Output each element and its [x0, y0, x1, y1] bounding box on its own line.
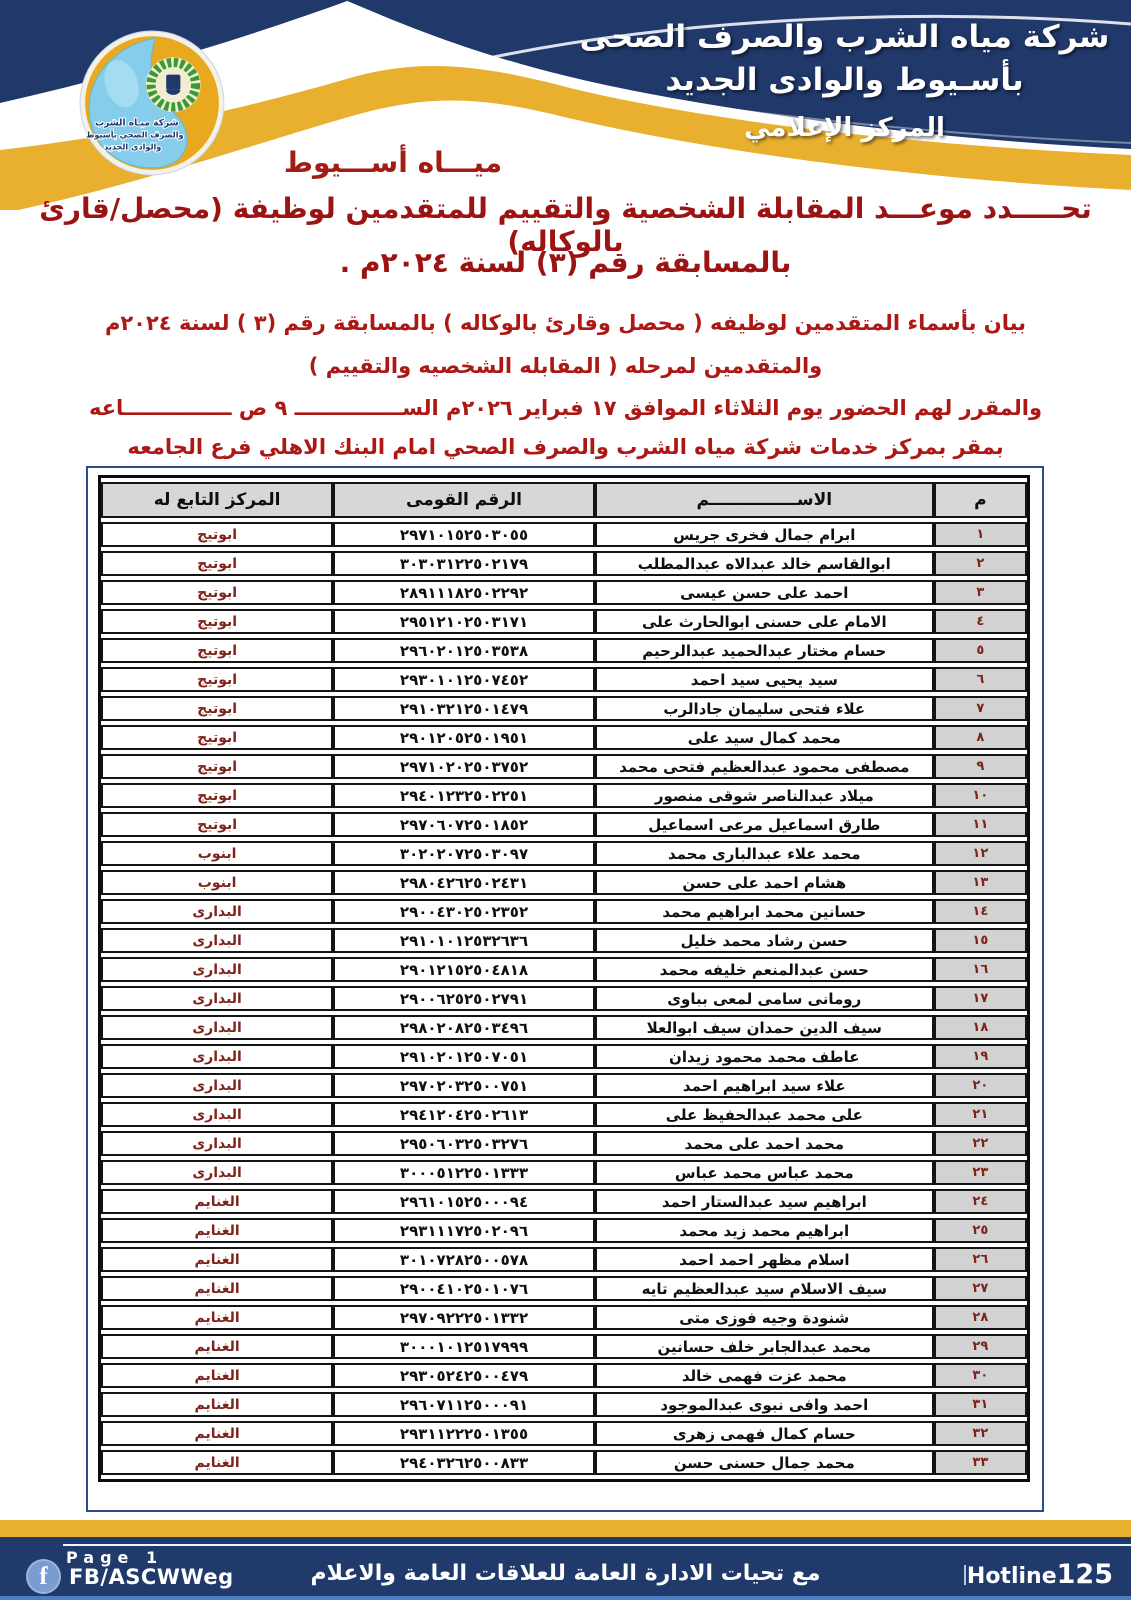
- company-name-line1: شركة مياه الشرب والصرف الصحى: [572, 18, 1117, 57]
- row-number-cell: ١٠: [934, 783, 1027, 808]
- center-cell: الغنايم: [101, 1247, 333, 1272]
- applicant-name-cell: عاطف محمد محمود زيدان: [595, 1044, 934, 1069]
- center-cell: الغنايم: [101, 1276, 333, 1301]
- applicant-name-cell: محمد عزت فهمى خالد: [595, 1363, 934, 1388]
- header-cell-num: م: [934, 482, 1027, 518]
- table-row: ٢ ابوالقاسم خالد عبدالاه عبدالمطلب ٣٠٣٠٣…: [101, 551, 1027, 576]
- media-center-label: المركز الإعلامي: [572, 113, 1117, 143]
- eagle-emblem-icon: [166, 75, 180, 90]
- applicant-name-cell: ميلاد عبدالناصر شوقى منصور: [595, 783, 934, 808]
- row-number-cell: ٢٢: [934, 1131, 1027, 1156]
- row-number-cell: ٢٥: [934, 1218, 1027, 1243]
- center-cell: البدارى: [101, 1073, 333, 1098]
- row-number-cell: ١٣: [934, 870, 1027, 895]
- announcement-body-line1: بيان بأسماء المتقدمين لوظيفه ( محصل وقار…: [0, 311, 1131, 335]
- row-number-cell: ١٤: [934, 899, 1027, 924]
- header-cell-national-id: الرقم القومى: [333, 482, 595, 518]
- row-number-cell: ١٧: [934, 986, 1027, 1011]
- applicant-name-cell: حسن عبدالمنعم خليفه محمد: [595, 957, 934, 982]
- center-cell: ابوتيج: [101, 638, 333, 663]
- row-number-cell: ١٦: [934, 957, 1027, 982]
- applicant-name-cell: احمد وافى نبوى عبدالموجود: [595, 1392, 934, 1417]
- row-number-cell: ١٨: [934, 1015, 1027, 1040]
- center-cell: ابنوب: [101, 870, 333, 895]
- row-number-cell: ١٢: [934, 841, 1027, 866]
- center-cell: البدارى: [101, 899, 333, 924]
- applicant-name-cell: على محمد عبدالحفيظ على: [595, 1102, 934, 1127]
- table-row: ٢٣ محمد عباس محمد عباس ٣٠٠٠٥١٢٢٥٠١٣٣٣ ال…: [101, 1160, 1027, 1185]
- table-row: ٦ سيد يحيى سيد احمد ٢٩٣٠١٠١٢٥٠٧٤٥٢ ابوتي…: [101, 667, 1027, 692]
- logo-text-line3: والوادى الجديد: [104, 142, 161, 152]
- table-row: ٤ الامام على حسنى ابوالحارث على ٢٩٥١٢١٠٢…: [101, 609, 1027, 634]
- applicant-name-cell: مصطفى محمود عبدالعظيم فتحى محمد: [595, 754, 934, 779]
- national-id-cell: ٢٩٠٠٦٢٥٢٥٠٢٧٩١: [333, 986, 595, 1011]
- table-row: ٧ علاء فتحى سليمان جادالرب ٢٩١٠٣٢١٢٥٠١٤٧…: [101, 696, 1027, 721]
- row-number-cell: ٣٢: [934, 1421, 1027, 1446]
- logo-text-line1: شركة ميـاه الشرب: [95, 118, 179, 128]
- applicant-name-cell: محمد علاء عبدالبارى محمد: [595, 841, 934, 866]
- table-row: ١٢ محمد علاء عبدالبارى محمد ٣٠٢٠٢٠٧٢٥٠٣٠…: [101, 841, 1027, 866]
- national-id-cell: ٢٩٧١٠٢٠٢٥٠٣٧٥٢: [333, 754, 595, 779]
- hotline-badge: Hotline 125: [952, 1559, 1113, 1590]
- table-row: ٢٥ ابراهيم محمد زيد محمد ٢٩٣١١١٧٢٥٠٢٠٩٦ …: [101, 1218, 1027, 1243]
- table-row: ٣٠ محمد عزت فهمى خالد ٢٩٣٠٥٢٤٢٥٠٠٤٧٩ الغ…: [101, 1363, 1027, 1388]
- table-row: ٢٨ شنودة وجيه فوزى متى ٢٩٧٠٩٢٢٢٥٠١٣٣٢ ال…: [101, 1305, 1027, 1330]
- center-cell: البدارى: [101, 1044, 333, 1069]
- applicants-table: م الاســـــــــــــــم الرقم القومى المر…: [98, 475, 1030, 1482]
- row-number-cell: ٣: [934, 580, 1027, 605]
- national-id-cell: ٣٠٠٠٥١٢٢٥٠١٣٣٣: [333, 1160, 595, 1185]
- table-row: ٢٩ محمد عبدالجابر خلف حسانين ٣٠٠٠١٠١٢٥١٧…: [101, 1334, 1027, 1359]
- footer-divider-line: [63, 1544, 1131, 1546]
- document-page: شركة ميـاه الشرب والصرف الصحي بأسيوط وال…: [0, 0, 1131, 1600]
- center-cell: البدارى: [101, 1102, 333, 1127]
- center-cell: ابوتيج: [101, 725, 333, 750]
- table-header-row: م الاســـــــــــــــم الرقم القومى المر…: [101, 482, 1027, 518]
- row-number-cell: ٦: [934, 667, 1027, 692]
- applicant-name-cell: حسام مختار عبدالحميد عبدالرحيم: [595, 638, 934, 663]
- row-number-cell: ١٩: [934, 1044, 1027, 1069]
- national-id-cell: ٢٩٧٠٦٠٧٢٥٠١٨٥٢: [333, 812, 595, 837]
- national-id-cell: ٢٩٤٠١٢٣٢٥٠٢٢٥١: [333, 783, 595, 808]
- center-cell: ابوتيج: [101, 783, 333, 808]
- center-cell: ابوتيج: [101, 812, 333, 837]
- national-id-cell: ٢٩٥١٢١٠٢٥٠٣١٧١: [333, 609, 595, 634]
- national-id-cell: ٣٠٠٠١٠١٢٥١٧٩٩٩: [333, 1334, 595, 1359]
- hotline-number: 125: [1057, 1559, 1113, 1590]
- applicant-name-cell: محمد عباس محمد عباس: [595, 1160, 934, 1185]
- applicant-name-cell: محمد كمال سيد على: [595, 725, 934, 750]
- applicant-name-cell: محمد عبدالجابر خلف حسانين: [595, 1334, 934, 1359]
- row-number-cell: ٣١: [934, 1392, 1027, 1417]
- applicant-name-cell: شنودة وجيه فوزى متى: [595, 1305, 934, 1330]
- table-row: ١ ابرام جمال فخرى جريس ٢٩٧١٠١٥٢٥٠٣٠٥٥ اب…: [101, 522, 1027, 547]
- center-cell: البدارى: [101, 928, 333, 953]
- national-id-cell: ٢٩٦٠٢٠١٢٥٠٣٥٣٨: [333, 638, 595, 663]
- row-number-cell: ٢: [934, 551, 1027, 576]
- national-id-cell: ٢٩٣٠٥٢٤٢٥٠٠٤٧٩: [333, 1363, 595, 1388]
- center-cell: الغنايم: [101, 1189, 333, 1214]
- table-row: ١٦ حسن عبدالمنعم خليفه محمد ٢٩٠١٢١٥٢٥٠٤٨…: [101, 957, 1027, 982]
- applicant-name-cell: سيف الاسلام سيد عبدالعظيم تايه: [595, 1276, 934, 1301]
- header-banner: شركة ميـاه الشرب والصرف الصحي بأسيوط وال…: [0, 0, 1131, 210]
- center-cell: البدارى: [101, 986, 333, 1011]
- row-number-cell: ٢٨: [934, 1305, 1027, 1330]
- table-header: م الاســـــــــــــــم الرقم القومى المر…: [101, 482, 1027, 518]
- national-id-cell: ٢٩٣١١٢٢٢٥٠١٣٥٥: [333, 1421, 595, 1446]
- announcement-body-line4: بمقر بمركز خدمات شركة مياه الشرب والصرف …: [0, 435, 1131, 459]
- row-number-cell: ٢٧: [934, 1276, 1027, 1301]
- table-row: ٣٢ حسام كمال فهمى زهرى ٢٩٣١١٢٢٢٥٠١٣٥٥ ال…: [101, 1421, 1027, 1446]
- table-row: ٢٠ علاء سيد ابراهيم احمد ٢٩٧٠٢٠٣٢٥٠٠٧٥١ …: [101, 1073, 1027, 1098]
- applicant-name-cell: احمد على حسن عيسى: [595, 580, 934, 605]
- center-cell: ابنوب: [101, 841, 333, 866]
- table-row: ٣ احمد على حسن عيسى ٢٨٩١١١٨٢٥٠٢٢٩٢ ابوتي…: [101, 580, 1027, 605]
- row-number-cell: ٢٦: [934, 1247, 1027, 1272]
- row-number-cell: ١١: [934, 812, 1027, 837]
- center-cell: الغنايم: [101, 1363, 333, 1388]
- center-cell: ابوتيج: [101, 696, 333, 721]
- applicant-name-cell: حسانين محمد ابراهيم محمد: [595, 899, 934, 924]
- applicant-name-cell: حسن رشاد محمد خليل: [595, 928, 934, 953]
- row-number-cell: ٥: [934, 638, 1027, 663]
- national-id-cell: ٢٩١٠٣٢١٢٥٠١٤٧٩: [333, 696, 595, 721]
- national-id-cell: ٣٠٣٠٣١٢٢٥٠٢١٧٩: [333, 551, 595, 576]
- row-number-cell: ٤: [934, 609, 1027, 634]
- row-number-cell: ١٥: [934, 928, 1027, 953]
- applicant-name-cell: علاء فتحى سليمان جادالرب: [595, 696, 934, 721]
- applicant-name-cell: سيد يحيى سيد احمد: [595, 667, 934, 692]
- center-cell: الغنايم: [101, 1305, 333, 1330]
- center-cell: الغنايم: [101, 1218, 333, 1243]
- table-frame: م الاســـــــــــــــم الرقم القومى المر…: [86, 466, 1044, 1512]
- center-cell: ابوتيج: [101, 522, 333, 547]
- center-cell: ابوتيج: [101, 551, 333, 576]
- national-id-cell: ٢٩٠٠٤١٠٢٥٠١٠٧٦: [333, 1276, 595, 1301]
- table-row: ٩ مصطفى محمود عبدالعظيم فتحى محمد ٢٩٧١٠٢…: [101, 754, 1027, 779]
- national-id-cell: ٢٩٧١٠١٥٢٥٠٣٠٥٥: [333, 522, 595, 547]
- center-cell: ابوتيج: [101, 667, 333, 692]
- national-id-cell: ٢٩٨٠٤٢٦٢٥٠٢٤٣١: [333, 870, 595, 895]
- national-id-cell: ٢٩٠٠٤٣٠٢٥٠٢٣٥٢: [333, 899, 595, 924]
- table-row: ١٨ سيف الدين حمدان سيف ابوالعلا ٢٩٨٠٢٠٨٢…: [101, 1015, 1027, 1040]
- header-cell-name: الاســـــــــــــــم: [595, 482, 934, 518]
- applicant-name-cell: رومانى سامى لمعى بباوى: [595, 986, 934, 1011]
- company-logo: شركة ميـاه الشرب والصرف الصحي بأسيوط وال…: [76, 26, 228, 178]
- row-number-cell: ٨: [934, 725, 1027, 750]
- center-cell: البدارى: [101, 1015, 333, 1040]
- footer-gold-stripe: [0, 1520, 1131, 1537]
- row-number-cell: ٢٣: [934, 1160, 1027, 1185]
- table-row: ٢٤ ابراهيم سيد عبدالستار احمد ٢٩٦١٠١٥٢٥٠…: [101, 1189, 1027, 1214]
- table-row: ٣٣ محمد جمال حسنى حسن ٢٩٤٠٣٢٦٢٥٠٠٨٣٣ الغ…: [101, 1450, 1027, 1475]
- applicant-name-cell: سيف الدين حمدان سيف ابوالعلا: [595, 1015, 934, 1040]
- applicant-name-cell: الامام على حسنى ابوالحارث على: [595, 609, 934, 634]
- table-row: ١١ طارق اسماعيل مرعى اسماعيل ٢٩٧٠٦٠٧٢٥٠١…: [101, 812, 1027, 837]
- header-cell-center: المركز التابع له: [101, 482, 333, 518]
- center-cell: ابوتيج: [101, 580, 333, 605]
- national-id-cell: ٢٩٧٠٢٠٣٢٥٠٠٧٥١: [333, 1073, 595, 1098]
- center-cell: ابوتيج: [101, 754, 333, 779]
- table-row: ٨ محمد كمال سيد على ٢٩٠١٢٠٥٢٥٠١٩٥١ ابوتي…: [101, 725, 1027, 750]
- center-cell: الغنايم: [101, 1421, 333, 1446]
- company-name-line2: بأسـيوط والوادى الجديد: [572, 61, 1117, 100]
- table-row: ١٩ عاطف محمد محمود زيدان ٢٩١٠٢٠١٢٥٠٧٠٥١ …: [101, 1044, 1027, 1069]
- center-cell: البدارى: [101, 1131, 333, 1156]
- applicant-name-cell: حسام كمال فهمى زهرى: [595, 1421, 934, 1446]
- national-id-cell: ٢٩٠١٢١٥٢٥٠٤٨١٨: [333, 957, 595, 982]
- announcement-title-line2: بالمسابقة رقم (٣) لسنة ٢٠٢٤م .: [0, 246, 1131, 279]
- table-row: ١٥ حسن رشاد محمد خليل ٢٩١٠١٠١٢٥٣٢٦٣٦ الب…: [101, 928, 1027, 953]
- center-cell: ابوتيج: [101, 609, 333, 634]
- table-row: ١٠ ميلاد عبدالناصر شوقى منصور ٢٩٤٠١٢٣٢٥٠…: [101, 783, 1027, 808]
- row-number-cell: ٢٤: [934, 1189, 1027, 1214]
- national-id-cell: ٢٩٣٠١٠١٢٥٠٧٤٥٢: [333, 667, 595, 692]
- table-row: ٥ حسام مختار عبدالحميد عبدالرحيم ٢٩٦٠٢٠١…: [101, 638, 1027, 663]
- national-id-cell: ٢٩٠١٢٠٥٢٥٠١٩٥١: [333, 725, 595, 750]
- footer-bar: Page 1 f FB/ASCWWeg مع تحيات الادارة الع…: [0, 1537, 1131, 1596]
- applicant-name-cell: هشام احمد على حسن: [595, 870, 934, 895]
- center-cell: البدارى: [101, 1160, 333, 1185]
- applicant-name-cell: ابراهيم سيد عبدالستار احمد: [595, 1189, 934, 1214]
- table-row: ٢٦ اسلام مظهر احمد احمد ٣٠١٠٧٢٨٢٥٠٠٥٧٨ ا…: [101, 1247, 1027, 1272]
- brand-label: ميـــاه أســـيوط: [238, 146, 548, 179]
- row-number-cell: ٢١: [934, 1102, 1027, 1127]
- applicant-name-cell: اسلام مظهر احمد احمد: [595, 1247, 934, 1272]
- national-id-cell: ٢٩٦١٠١٥٢٥٠٠٠٩٤: [333, 1189, 595, 1214]
- table-row: ١٧ رومانى سامى لمعى بباوى ٢٩٠٠٦٢٥٢٥٠٢٧٩١…: [101, 986, 1027, 1011]
- applicant-name-cell: طارق اسماعيل مرعى اسماعيل: [595, 812, 934, 837]
- national-id-cell: ٢٩٤١٢٠٤٢٥٠٢٦١٣: [333, 1102, 595, 1127]
- row-number-cell: ٢٠: [934, 1073, 1027, 1098]
- table-row: ١٤ حسانين محمد ابراهيم محمد ٢٩٠٠٤٣٠٢٥٠٢٣…: [101, 899, 1027, 924]
- row-number-cell: ٢٩: [934, 1334, 1027, 1359]
- national-id-cell: ٢٩٤٠٣٢٦٢٥٠٠٨٣٣: [333, 1450, 595, 1475]
- table-row: ٣١ احمد وافى نبوى عبدالموجود ٢٩٦٠٧١١٢٥٠٠…: [101, 1392, 1027, 1417]
- table-row: ٢٢ محمد احمد على محمد ٢٩٥٠٦٠٣٢٥٠٣٢٧٦ الب…: [101, 1131, 1027, 1156]
- national-id-cell: ٢٩٨٠٢٠٨٢٥٠٣٤٩٦: [333, 1015, 595, 1040]
- applicant-name-cell: محمد جمال حسنى حسن: [595, 1450, 934, 1475]
- center-cell: الغنايم: [101, 1334, 333, 1359]
- applicant-name-cell: ابوالقاسم خالد عبدالاه عبدالمطلب: [595, 551, 934, 576]
- applicant-name-cell: ابرام جمال فخرى جريس: [595, 522, 934, 547]
- center-cell: البدارى: [101, 957, 333, 982]
- center-cell: الغنايم: [101, 1392, 333, 1417]
- announcement-body-line3: والمقرر لهم الحضور يوم الثلاثاء الموافق …: [0, 396, 1131, 420]
- row-number-cell: ٣٣: [934, 1450, 1027, 1475]
- table-row: ٢١ على محمد عبدالحفيظ على ٢٩٤١٢٠٤٢٥٠٢٦١٣…: [101, 1102, 1027, 1127]
- applicant-name-cell: محمد احمد على محمد: [595, 1131, 934, 1156]
- hotline-label: Hotline: [967, 1564, 1057, 1589]
- national-id-cell: ٢٩٥٠٦٠٣٢٥٠٣٢٧٦: [333, 1131, 595, 1156]
- national-id-cell: ٢٩١٠١٠١٢٥٣٢٦٣٦: [333, 928, 595, 953]
- row-number-cell: ٩: [934, 754, 1027, 779]
- national-id-cell: ٢٩٣١١١٧٢٥٠٢٠٩٦: [333, 1218, 595, 1243]
- national-id-cell: ٢٩٦٠٧١١٢٥٠٠٠٩١: [333, 1392, 595, 1417]
- table-row: ١٣ هشام احمد على حسن ٢٩٨٠٤٢٦٢٥٠٢٤٣١ ابنو…: [101, 870, 1027, 895]
- hotline-separator: [964, 1565, 966, 1585]
- row-number-cell: ١: [934, 522, 1027, 547]
- national-id-cell: ٣٠١٠٧٢٨٢٥٠٠٥٧٨: [333, 1247, 595, 1272]
- applicant-name-cell: علاء سيد ابراهيم احمد: [595, 1073, 934, 1098]
- table-body: ١ ابرام جمال فخرى جريس ٢٩٧١٠١٥٢٥٠٣٠٥٥ اب…: [101, 522, 1027, 1475]
- logo-text-line2: والصرف الصحي بأسيوط: [86, 129, 184, 139]
- national-id-cell: ٢٩١٠٢٠١٢٥٠٧٠٥١: [333, 1044, 595, 1069]
- national-id-cell: ٢٩٧٠٩٢٢٢٥٠١٣٣٢: [333, 1305, 595, 1330]
- table-row: ٢٧ سيف الاسلام سيد عبدالعظيم تايه ٢٩٠٠٤١…: [101, 1276, 1027, 1301]
- row-number-cell: ٧: [934, 696, 1027, 721]
- announcement-body-line2: والمتقدمين لمرحله ( المقابله الشخصيه وال…: [0, 354, 1131, 378]
- national-id-cell: ٣٠٢٠٢٠٧٢٥٠٣٠٩٧: [333, 841, 595, 866]
- company-title-block: شركة مياه الشرب والصرف الصحى بأسـيوط وال…: [572, 18, 1117, 143]
- footer-bottom-strip: [0, 1596, 1131, 1600]
- applicant-name-cell: ابراهيم محمد زيد محمد: [595, 1218, 934, 1243]
- center-cell: الغنايم: [101, 1450, 333, 1475]
- row-number-cell: ٣٠: [934, 1363, 1027, 1388]
- national-id-cell: ٢٨٩١١١٨٢٥٠٢٢٩٢: [333, 580, 595, 605]
